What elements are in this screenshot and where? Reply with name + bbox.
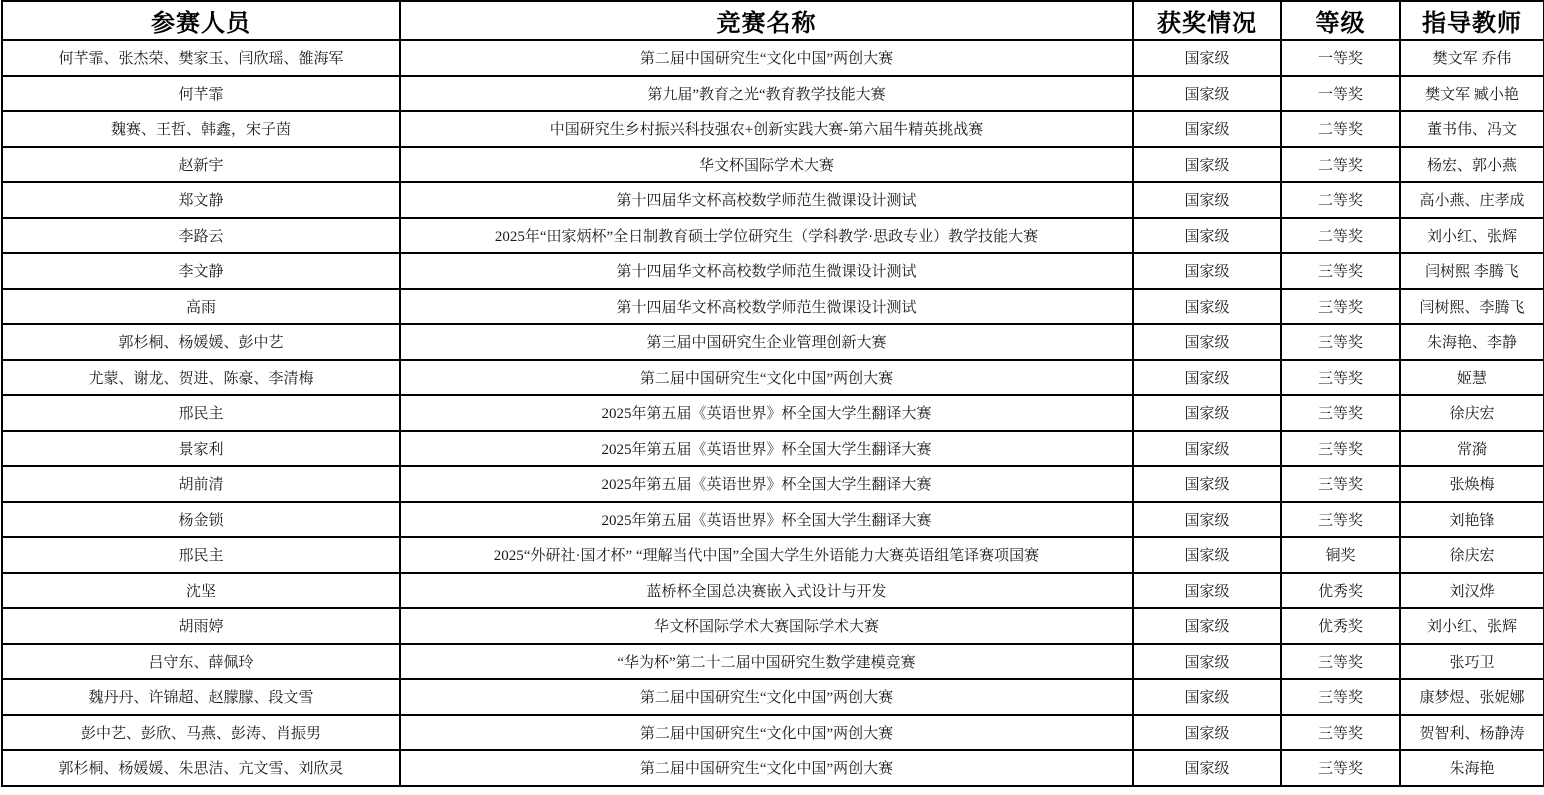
cell-award: 国家级 — [1133, 289, 1281, 325]
cell-level: 二等奖 — [1281, 111, 1400, 147]
cell-level: 三等奖 — [1281, 466, 1400, 502]
table-row: 胡雨婷华文杯国际学术大赛国际学术大赛国家级优秀奖刘小红、张辉 — [2, 608, 1544, 644]
cell-participants: 尤蒙、谢龙、贺进、陈豪、李清梅 — [2, 360, 400, 396]
cell-award: 国家级 — [1133, 431, 1281, 467]
cell-award: 国家级 — [1133, 608, 1281, 644]
cell-participants: 魏丹丹、许锦超、赵朦朦、段文雪 — [2, 679, 400, 715]
cell-competition: 第二届中国研究生“文化中国”两创大赛 — [400, 750, 1133, 786]
table-row: 魏赛、王哲、韩鑫，宋子茵中国研究生乡村振兴科技强农+创新实践大赛-第六届牛精英挑… — [2, 111, 1544, 147]
table-row: 景家利2025年第五届《英语世界》杯全国大学生翻译大赛国家级三等奖常漪 — [2, 431, 1544, 467]
table-row: 沈坚蓝桥杯全国总决赛嵌入式设计与开发国家级优秀奖刘汉烨 — [2, 573, 1544, 609]
cell-competition: 第三届中国研究生企业管理创新大赛 — [400, 324, 1133, 360]
cell-participants: 杨金锁 — [2, 502, 400, 538]
cell-participants: 胡前清 — [2, 466, 400, 502]
cell-competition: 中国研究生乡村振兴科技强农+创新实践大赛-第六届牛精英挑战赛 — [400, 111, 1133, 147]
cell-participants: 沈坚 — [2, 573, 400, 609]
cell-teacher: 朱海艳、李静 — [1400, 324, 1544, 360]
cell-award: 国家级 — [1133, 182, 1281, 218]
cell-level: 三等奖 — [1281, 750, 1400, 786]
cell-teacher: 刘艳锋 — [1400, 502, 1544, 538]
cell-teacher: 徐庆宏 — [1400, 537, 1544, 573]
header-award: 获奖情况 — [1133, 1, 1281, 40]
header-level: 等级 — [1281, 1, 1400, 40]
cell-level: 二等奖 — [1281, 147, 1400, 183]
cell-award: 国家级 — [1133, 253, 1281, 289]
cell-teacher: 闫树熙、李腾飞 — [1400, 289, 1544, 325]
cell-level: 三等奖 — [1281, 715, 1400, 751]
cell-level: 三等奖 — [1281, 395, 1400, 431]
cell-teacher: 高小燕、庄孝成 — [1400, 182, 1544, 218]
table-row: 彭中艺、彭欣、马燕、彭涛、肖振男第二届中国研究生“文化中国”两创大赛国家级三等奖… — [2, 715, 1544, 751]
cell-award: 国家级 — [1133, 715, 1281, 751]
cell-award: 国家级 — [1133, 76, 1281, 112]
cell-level: 三等奖 — [1281, 679, 1400, 715]
cell-level: 三等奖 — [1281, 644, 1400, 680]
cell-award: 国家级 — [1133, 395, 1281, 431]
table-row: 邢民主2025年第五届《英语世界》杯全国大学生翻译大赛国家级三等奖徐庆宏 — [2, 395, 1544, 431]
cell-award: 国家级 — [1133, 644, 1281, 680]
cell-participants: 邢民主 — [2, 395, 400, 431]
cell-competition: 2025年第五届《英语世界》杯全国大学生翻译大赛 — [400, 502, 1133, 538]
cell-teacher: 贺智利、杨静涛 — [1400, 715, 1544, 751]
cell-competition: 第十四届华文杯高校数学师范生微课设计测试 — [400, 182, 1133, 218]
table-header: 参赛人员 竞赛名称 获奖情况 等级 指导教师 — [2, 1, 1544, 40]
cell-participants: 李文静 — [2, 253, 400, 289]
cell-level: 三等奖 — [1281, 324, 1400, 360]
table-row: 胡前清2025年第五届《英语世界》杯全国大学生翻译大赛国家级三等奖张焕梅 — [2, 466, 1544, 502]
cell-participants: 彭中艺、彭欣、马燕、彭涛、肖振男 — [2, 715, 400, 751]
table-row: 李文静第十四届华文杯高校数学师范生微课设计测试国家级三等奖闫树熙 李腾飞 — [2, 253, 1544, 289]
cell-competition: 第二届中国研究生“文化中国”两创大赛 — [400, 679, 1133, 715]
table-row: 高雨第十四届华文杯高校数学师范生微课设计测试国家级三等奖闫树熙、李腾飞 — [2, 289, 1544, 325]
cell-participants: 何芊霏、张杰荣、樊家玉、闫欣瑶、雒海军 — [2, 40, 400, 76]
table-row: 郑文静第十四届华文杯高校数学师范生微课设计测试国家级二等奖高小燕、庄孝成 — [2, 182, 1544, 218]
table-body: 何芊霏、张杰荣、樊家玉、闫欣瑶、雒海军第二届中国研究生“文化中国”两创大赛国家级… — [2, 40, 1544, 786]
table-row: 郭杉桐、杨媛媛、彭中艺第三届中国研究生企业管理创新大赛国家级三等奖朱海艳、李静 — [2, 324, 1544, 360]
cell-competition: 2025“外研社·国才杯” “理解当代中国”全国大学生外语能力大赛英语组笔译赛项… — [400, 537, 1133, 573]
cell-level: 铜奖 — [1281, 537, 1400, 573]
cell-competition: “华为杯”第二十二届中国研究生数学建模竞赛 — [400, 644, 1133, 680]
cell-participants: 吕守东、薛佩玲 — [2, 644, 400, 680]
cell-level: 优秀奖 — [1281, 573, 1400, 609]
table-row: 郭杉桐、杨媛媛、朱思洁、亢文雪、刘欣灵第二届中国研究生“文化中国”两创大赛国家级… — [2, 750, 1544, 786]
cell-level: 二等奖 — [1281, 182, 1400, 218]
cell-participants: 胡雨婷 — [2, 608, 400, 644]
header-row: 参赛人员 竞赛名称 获奖情况 等级 指导教师 — [2, 1, 1544, 40]
cell-participants: 郭杉桐、杨媛媛、朱思洁、亢文雪、刘欣灵 — [2, 750, 400, 786]
cell-competition: 2025年第五届《英语世界》杯全国大学生翻译大赛 — [400, 466, 1133, 502]
cell-teacher: 闫树熙 李腾飞 — [1400, 253, 1544, 289]
cell-award: 国家级 — [1133, 147, 1281, 183]
cell-level: 一等奖 — [1281, 40, 1400, 76]
cell-level: 一等奖 — [1281, 76, 1400, 112]
cell-teacher: 樊文军 乔伟 — [1400, 40, 1544, 76]
cell-award: 国家级 — [1133, 111, 1281, 147]
cell-teacher: 康梦煜、张妮娜 — [1400, 679, 1544, 715]
cell-competition: 2025年“田家炳杯”全日制教育硕士学位研究生（学科教学·思政专业）教学技能大赛 — [400, 218, 1133, 254]
header-teacher: 指导教师 — [1400, 1, 1544, 40]
cell-participants: 邢民主 — [2, 537, 400, 573]
cell-teacher: 董书伟、冯文 — [1400, 111, 1544, 147]
cell-competition: 蓝桥杯全国总决赛嵌入式设计与开发 — [400, 573, 1133, 609]
cell-teacher: 刘小红、张辉 — [1400, 218, 1544, 254]
cell-teacher: 刘小红、张辉 — [1400, 608, 1544, 644]
cell-participants: 魏赛、王哲、韩鑫，宋子茵 — [2, 111, 400, 147]
cell-teacher: 樊文军 臧小艳 — [1400, 76, 1544, 112]
cell-teacher: 姬慧 — [1400, 360, 1544, 396]
cell-award: 国家级 — [1133, 218, 1281, 254]
cell-award: 国家级 — [1133, 750, 1281, 786]
cell-competition: 第二届中国研究生“文化中国”两创大赛 — [400, 360, 1133, 396]
cell-competition: 第二届中国研究生“文化中国”两创大赛 — [400, 40, 1133, 76]
header-competition: 竞赛名称 — [400, 1, 1133, 40]
cell-competition: 华文杯国际学术大赛国际学术大赛 — [400, 608, 1133, 644]
cell-teacher: 刘汉烨 — [1400, 573, 1544, 609]
cell-award: 国家级 — [1133, 679, 1281, 715]
cell-competition: 第九届”教育之光“教育教学技能大赛 — [400, 76, 1133, 112]
cell-teacher: 张巧卫 — [1400, 644, 1544, 680]
cell-award: 国家级 — [1133, 502, 1281, 538]
table-row: 魏丹丹、许锦超、赵朦朦、段文雪第二届中国研究生“文化中国”两创大赛国家级三等奖康… — [2, 679, 1544, 715]
cell-award: 国家级 — [1133, 40, 1281, 76]
cell-competition: 2025年第五届《英语世界》杯全国大学生翻译大赛 — [400, 431, 1133, 467]
cell-award: 国家级 — [1133, 537, 1281, 573]
cell-participants: 赵新宇 — [2, 147, 400, 183]
cell-award: 国家级 — [1133, 466, 1281, 502]
cell-level: 三等奖 — [1281, 289, 1400, 325]
cell-participants: 何芊霏 — [2, 76, 400, 112]
cell-competition: 华文杯国际学术大赛 — [400, 147, 1133, 183]
cell-level: 优秀奖 — [1281, 608, 1400, 644]
cell-participants: 景家利 — [2, 431, 400, 467]
cell-competition: 第十四届华文杯高校数学师范生微课设计测试 — [400, 253, 1133, 289]
cell-teacher: 常漪 — [1400, 431, 1544, 467]
cell-teacher: 徐庆宏 — [1400, 395, 1544, 431]
table-row: 何芊霏第九届”教育之光“教育教学技能大赛国家级一等奖樊文军 臧小艳 — [2, 76, 1544, 112]
cell-award: 国家级 — [1133, 324, 1281, 360]
table-row: 吕守东、薛佩玲“华为杯”第二十二届中国研究生数学建模竞赛国家级三等奖张巧卫 — [2, 644, 1544, 680]
cell-award: 国家级 — [1133, 360, 1281, 396]
cell-participants: 郭杉桐、杨媛媛、彭中艺 — [2, 324, 400, 360]
cell-level: 三等奖 — [1281, 431, 1400, 467]
cell-competition: 第十四届华文杯高校数学师范生微课设计测试 — [400, 289, 1133, 325]
cell-level: 三等奖 — [1281, 360, 1400, 396]
cell-competition: 第二届中国研究生“文化中国”两创大赛 — [400, 715, 1133, 751]
table-row: 尤蒙、谢龙、贺进、陈豪、李清梅第二届中国研究生“文化中国”两创大赛国家级三等奖姬… — [2, 360, 1544, 396]
table-row: 赵新宇华文杯国际学术大赛国家级二等奖杨宏、郭小燕 — [2, 147, 1544, 183]
cell-participants: 高雨 — [2, 289, 400, 325]
cell-teacher: 朱海艳 — [1400, 750, 1544, 786]
cell-award: 国家级 — [1133, 573, 1281, 609]
cell-participants: 李路云 — [2, 218, 400, 254]
table-row: 李路云2025年“田家炳杯”全日制教育硕士学位研究生（学科教学·思政专业）教学技… — [2, 218, 1544, 254]
header-participants: 参赛人员 — [2, 1, 400, 40]
cell-teacher: 杨宏、郭小燕 — [1400, 147, 1544, 183]
cell-level: 三等奖 — [1281, 253, 1400, 289]
award-table: 参赛人员 竞赛名称 获奖情况 等级 指导教师 何芊霏、张杰荣、樊家玉、闫欣瑶、雒… — [1, 0, 1544, 787]
table-row: 何芊霏、张杰荣、樊家玉、闫欣瑶、雒海军第二届中国研究生“文化中国”两创大赛国家级… — [2, 40, 1544, 76]
cell-level: 三等奖 — [1281, 502, 1400, 538]
table-row: 邢民主2025“外研社·国才杯” “理解当代中国”全国大学生外语能力大赛英语组笔… — [2, 537, 1544, 573]
cell-participants: 郑文静 — [2, 182, 400, 218]
cell-level: 二等奖 — [1281, 218, 1400, 254]
cell-competition: 2025年第五届《英语世界》杯全国大学生翻译大赛 — [400, 395, 1133, 431]
cell-teacher: 张焕梅 — [1400, 466, 1544, 502]
table-row: 杨金锁2025年第五届《英语世界》杯全国大学生翻译大赛国家级三等奖刘艳锋 — [2, 502, 1544, 538]
